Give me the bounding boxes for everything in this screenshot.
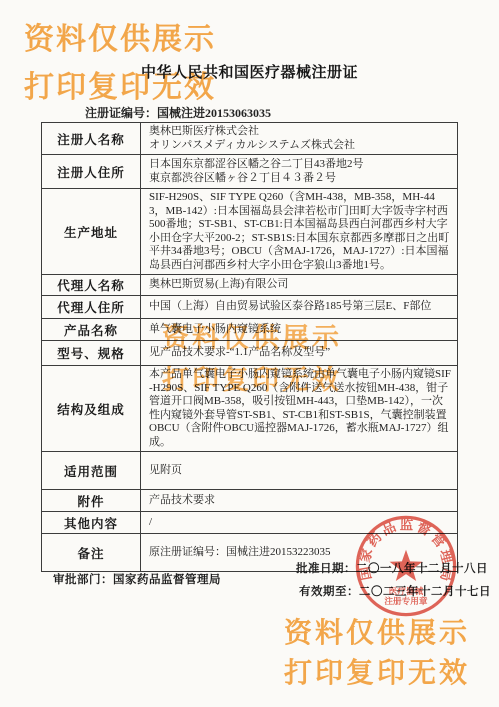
row-label-agent-address: 代理人住所 — [42, 296, 141, 318]
table-row: 代理人名称 奥林巴斯贸易(上海)有限公司 — [42, 274, 457, 295]
row-value-scope-of-application: 见附页 — [141, 452, 457, 489]
row-label-registrant-name: 注册人名称 — [42, 123, 141, 154]
row-label-structure-composition: 结构及组成 — [42, 366, 141, 451]
row-label-agent-name: 代理人名称 — [42, 275, 141, 295]
table-row: 适用范围 见附页 — [42, 451, 457, 489]
valid-until-label: 有效期至： — [299, 586, 359, 598]
row-value-attachment: 产品技术要求 — [141, 490, 457, 511]
table-row: 代理人住所 中国（上海）自由贸易试验区泰谷路185号第三层E、F部位 — [42, 295, 457, 318]
row-value-production-address: SIF-H290S、SIF TYPE Q260（含MH-438，MB-358，M… — [141, 189, 457, 274]
registration-number-value: 国械注进20153063035 — [157, 106, 271, 120]
table-row: 其他内容 / — [42, 511, 457, 533]
approval-date-label: 批准日期： — [296, 563, 356, 575]
valid-until-value: 二〇二三年十二月十七日 — [359, 586, 491, 598]
table-row: 型号、规格 见产品技术要求-“1.1产品名称及型号” — [42, 340, 457, 365]
table-row: 生产地址 SIF-H290S、SIF TYPE Q260（含MH-438，MB-… — [42, 188, 457, 274]
row-label-attachment: 附件 — [42, 490, 141, 511]
approval-date-line: 批准日期：二〇一八年十二月十八日 — [296, 560, 488, 576]
approval-department-value: 国家药品监督管理局 — [113, 574, 221, 586]
row-value-agent-address: 中国（上海）自由贸易试验区泰谷路185号第三层E、F部位 — [141, 296, 457, 318]
row-label-remarks: 备注 — [42, 534, 141, 571]
row-value-other-content: / — [141, 512, 457, 533]
row-label-production-address: 生产地址 — [42, 189, 141, 274]
approval-department-line: 审批部门：国家药品监督管理局 — [53, 571, 221, 587]
watermark-bottom-line2: 打印复印无效 — [284, 651, 470, 691]
row-value-model-spec: 见产品技术要求-“1.1产品名称及型号” — [141, 341, 457, 365]
row-label-other-content: 其他内容 — [42, 512, 141, 533]
table-row: 注册人名称 奥林巴斯医疗株式会社 オリンパスメディカルシステムズ株式会社 — [42, 123, 457, 154]
watermark-top-line1: 资料仅供展示 — [24, 14, 216, 58]
table-row: 注册人住所 日本国东京都涩谷区幡之谷二丁目43番地2号 東京都渋谷区幡ヶ谷２丁目… — [42, 154, 457, 188]
row-value-registrant-address: 日本国东京都涩谷区幡之谷二丁目43番地2号 東京都渋谷区幡ヶ谷２丁目４３番２号 — [141, 155, 457, 188]
approval-date-value: 二〇一八年十二月十八日 — [356, 563, 488, 575]
certificate-page: 资料仅供展示 打印复印无效 中华人民共和国医疗器械注册证 注册证编号：国械注进2… — [0, 0, 499, 707]
row-value-structure-composition: 本产品单气囊电子小肠内窥镜系统由单气囊电子小肠内窥镜SIF-H290S、SIF … — [141, 366, 457, 451]
registration-number-line: 注册证编号：国械注进20153063035 — [85, 104, 271, 121]
table-row: 结构及组成 本产品单气囊电子小肠内窥镜系统由单气囊电子小肠内窥镜SIF-H290… — [42, 365, 457, 451]
table-row: 产品名称 单气囊电子小肠内窥镜系统 — [42, 318, 457, 340]
table-row: 附件 产品技术要求 — [42, 489, 457, 511]
valid-until-line: 有效期至：二〇二三年十二月十七日 — [299, 583, 491, 599]
certificate-table: 注册人名称 奥林巴斯医疗株式会社 オリンパスメディカルシステムズ株式会社 注册人… — [41, 122, 458, 572]
row-label-product-name: 产品名称 — [42, 319, 141, 340]
row-label-registrant-address: 注册人住所 — [42, 155, 141, 188]
row-value-product-name: 单气囊电子小肠内窥镜系统 — [141, 319, 457, 340]
row-value-agent-name: 奥林巴斯贸易(上海)有限公司 — [141, 275, 457, 295]
certificate-title: 中华人民共和国医疗器械注册证 — [0, 61, 499, 82]
row-value-registrant-name: 奥林巴斯医疗株式会社 オリンパスメディカルシステムズ株式会社 — [141, 123, 457, 154]
watermark-bottom-line1: 资料仅供展示 — [284, 611, 470, 651]
approval-department-label: 审批部门： — [53, 574, 113, 586]
row-label-model-spec: 型号、规格 — [42, 341, 141, 365]
registration-number-label: 注册证编号： — [85, 106, 157, 120]
row-label-scope-of-application: 适用范围 — [42, 452, 141, 489]
